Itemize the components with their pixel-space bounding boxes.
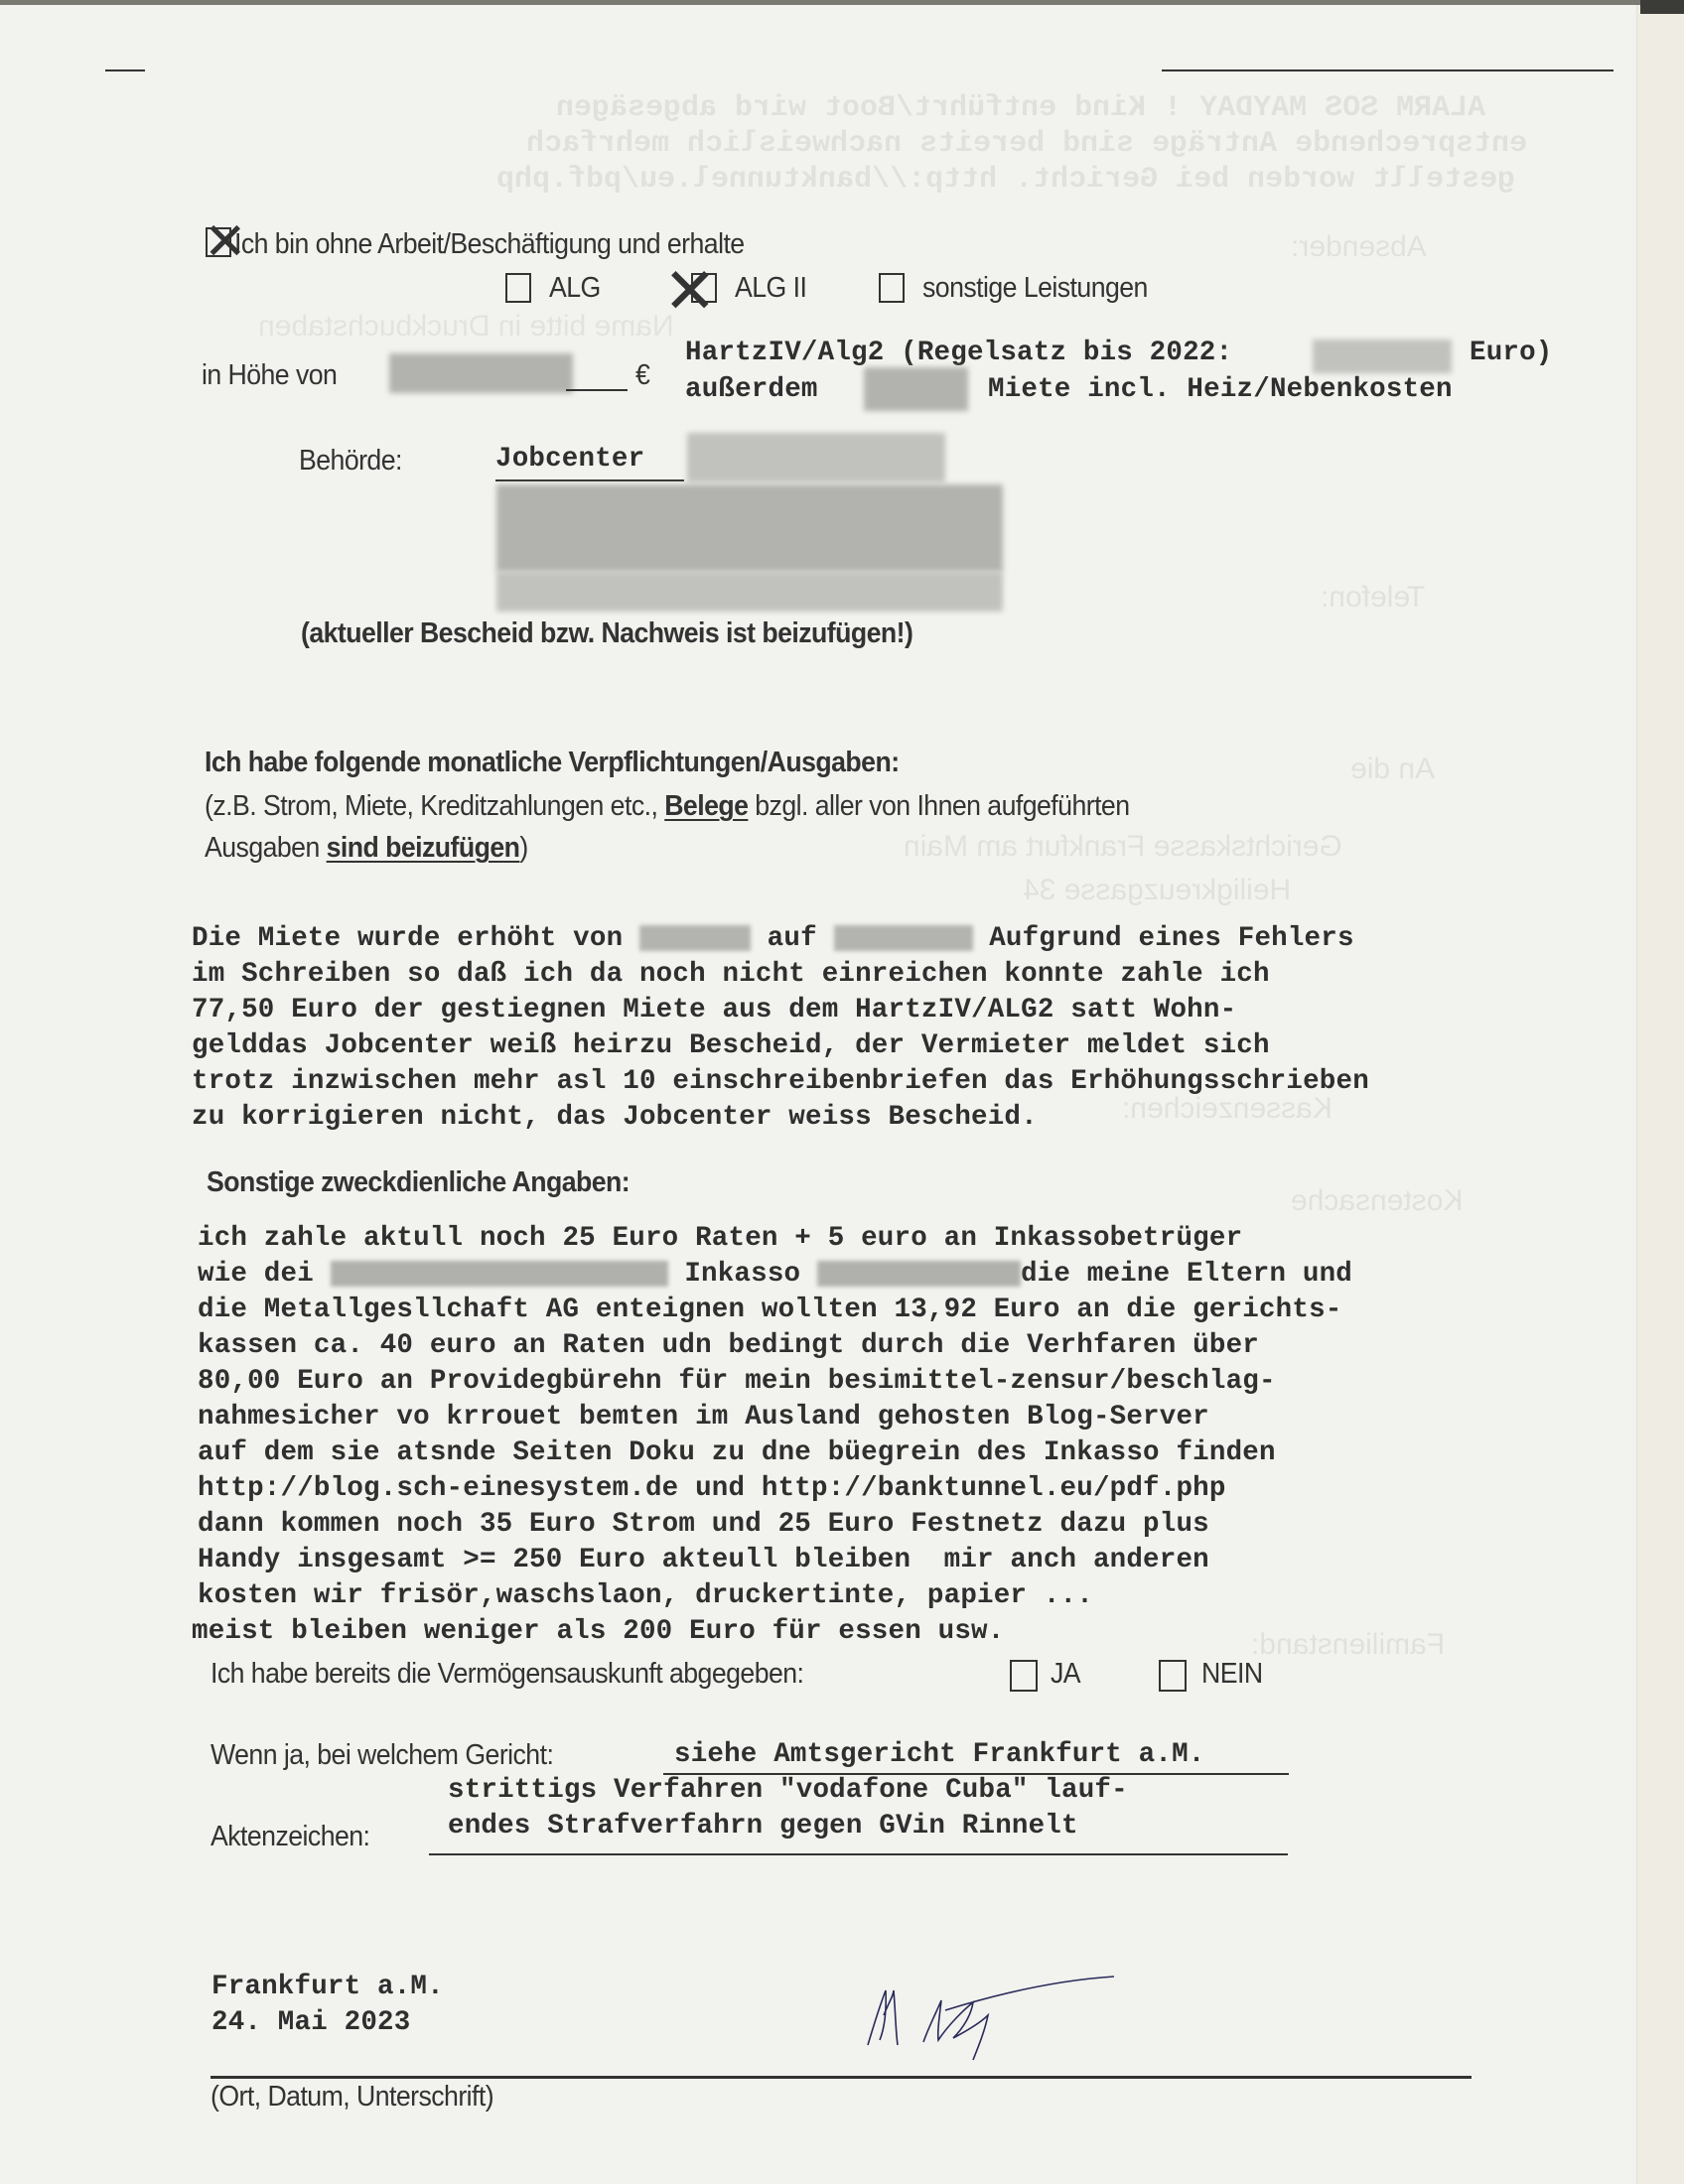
other-info-line: dann kommen noch 35 Euro Strom und 25 Eu… (198, 1509, 1209, 1540)
other-info-line: ich zahle aktull noch 25 Euro Raten + 5 … (198, 1223, 1242, 1254)
checkbox-nein[interactable] (1159, 1660, 1187, 1692)
signature-place: Frankfurt a.M. (211, 1972, 444, 2002)
amount-note-line1-suffix: Euro) (1470, 338, 1553, 368)
authority-name: Jobcenter (495, 444, 644, 475)
redacted-company (817, 1261, 1021, 1287)
text-fragment: wie dei (198, 1259, 314, 1290)
bleed-line: Telefon: (1321, 581, 1425, 614)
signature-caption: (Ort, Datum, Unterschrift) (210, 2081, 493, 2114)
text-fragment: Die Miete wurde erhöht von (192, 923, 639, 954)
checkbox-sonstige[interactable] (879, 273, 905, 303)
option-alg-label: ALG (549, 272, 601, 305)
court-value: siehe Amtsgericht Frankfurt a.M. (674, 1739, 1205, 1770)
handwritten-signature (854, 1971, 1231, 2080)
text-fragment: auf (751, 923, 834, 954)
obligations-heading: Ich habe folgende monatliche Verpflichtu… (205, 747, 900, 779)
hint-text: (z.B. Strom, Miete, Kreditzahlungen etc.… (205, 790, 664, 822)
authority-label: Behörde: (299, 445, 402, 478)
text-fragment: die meine Eltern und (1021, 1259, 1352, 1290)
option-ja-label: JA (1051, 1658, 1080, 1691)
obligations-text-line: zu korrigieren nicht, das Jobcenter weis… (192, 1102, 1038, 1133)
hint-text: bzgl. aller von Ihnen aufgeführten (748, 790, 1129, 822)
other-info-line: die Metallgesllchaft AG enteignen wollte… (198, 1295, 1342, 1325)
currency-symbol: € (635, 359, 649, 392)
other-info-line: wie dei Inkasso die meine Eltern und (198, 1259, 1352, 1290)
signature-date: 24. Mai 2023 (211, 2007, 410, 2038)
redacted-authority-name (687, 433, 945, 482)
obligations-text-line: im Schreiben so daß ich da noch nicht ei… (192, 959, 1270, 990)
obligations-hint-line2: Ausgaben sind beizufügen) (205, 832, 528, 865)
bleed-line: gestellt worden bei Gericht. http://bank… (496, 163, 1515, 197)
case-number-line2: endes Strafverfahrn gegen GVin Rinnelt (448, 1811, 1078, 1842)
bleed-line: Familienstand: (1251, 1628, 1445, 1662)
hint-text: ) (519, 832, 527, 864)
amount-label: in Höhe von (202, 359, 337, 392)
other-info-line: meist bleiben weniger als 200 Euro für e… (192, 1616, 1004, 1647)
redacted-regelsatz (1313, 340, 1452, 373)
obligations-text-line: gelddas Jobcenter weiß heirzu Bescheid, … (192, 1030, 1270, 1061)
option-sonstige-label: sonstige Leistungen (922, 272, 1148, 305)
case-number-line1: strittigs Verfahren "vodafone Cuba" lauf… (448, 1775, 1128, 1806)
other-info-line: kosten wir frisör,waschslaon, druckertin… (198, 1580, 1093, 1611)
court-label: Wenn ja, bei welchem Gericht: (210, 1739, 553, 1772)
hint-text: Ausgaben (205, 832, 327, 864)
rule-left (105, 69, 145, 71)
rule-right (1162, 69, 1614, 71)
obligations-text-line: trotz inzwischen mehr asl 10 einschreibe… (192, 1066, 1369, 1097)
amount-underline (566, 389, 628, 391)
other-info-line: http://blog.sch-einesystem.de und http:/… (198, 1473, 1226, 1504)
redacted-company (331, 1261, 668, 1287)
obligations-hint: (z.B. Strom, Miete, Kreditzahlungen etc.… (205, 790, 1130, 823)
bleed-line: entsprechende Anträge sind bereits nachw… (526, 127, 1527, 161)
obligations-text-line: Die Miete wurde erhöht von auf Aufgrund … (192, 923, 1354, 954)
redacted-authority-address (496, 572, 1003, 612)
redacted-rent (864, 367, 968, 411)
paper-edge (1636, 0, 1684, 2184)
bleed-line: Name bitte in Druckbuchstaben (258, 310, 674, 343)
other-info-line: nahmesicher vo krrouet bemten im Ausland… (198, 1402, 1209, 1433)
obligations-text-line: 77,50 Euro der gestiegnen Miete aus dem … (192, 995, 1236, 1025)
hint-belege: Belege (664, 790, 748, 822)
redacted-amount (389, 353, 573, 393)
bleed-line: Absender: (1291, 230, 1427, 264)
option-nein-label: NEIN (1201, 1658, 1263, 1691)
bleed-line: Kassenzeichen: (1122, 1092, 1333, 1126)
proof-note: (aktueller Bescheid bzw. Nachweis ist be… (301, 617, 912, 650)
checkbox-ja[interactable] (1010, 1660, 1038, 1692)
other-info-line: kassen ca. 40 euro an Raten udn bedingt … (198, 1330, 1259, 1361)
checkbox-alg[interactable] (505, 273, 531, 303)
redacted-authority-address (496, 484, 1003, 572)
amount-note-line2-suffix: Miete incl. Heiz/Nebenkosten (988, 374, 1453, 405)
other-info-line: auf dem sie atsnde Seiten Doku zu dne bü… (198, 1437, 1276, 1468)
signature-line (210, 2076, 1472, 2079)
case-number-underline (429, 1853, 1288, 1855)
scan-corner (1640, 0, 1684, 14)
amount-note-line1-prefix: HartzIV/Alg2 (Regelsatz bis 2022: (685, 338, 1232, 368)
scan-top-border (0, 0, 1684, 5)
redacted-new-rent (834, 925, 973, 951)
bleed-line: Heiligkreuzgasse 34 (1023, 874, 1291, 907)
bleed-line: Kostensache (1291, 1184, 1463, 1218)
amount-note-line2-prefix: außerdem (685, 374, 818, 405)
x-check-mark-icon: ✕ (663, 260, 717, 324)
hint-sind-beizufuegen: sind beizufügen (327, 832, 520, 864)
bleed-line: An die (1350, 752, 1435, 786)
text-fragment: Inkasso (684, 1259, 800, 1290)
bleed-line: Gerichtskasse Frankfurt am Main (904, 830, 1342, 864)
bleed-line: ALARM SOS MAYDAY ! Kind entführt/Boot wi… (556, 91, 1485, 125)
authority-underline (495, 479, 684, 481)
other-info-heading: Sonstige zweckdienliche Angaben: (207, 1166, 630, 1199)
text-fragment: Aufgrund eines Fehlers (973, 923, 1354, 954)
asset-disclosure-question: Ich habe bereits die Vermögensauskunft a… (210, 1658, 803, 1691)
case-number-label: Aktenzeichen: (210, 1821, 369, 1853)
other-info-line: 80,00 Euro an Providegbürehn für mein be… (198, 1366, 1276, 1397)
option-alg2-label: ALG II (735, 272, 806, 305)
redacted-old-rent (639, 925, 751, 951)
other-info-line: Handy insgesamt >= 250 Euro akteull blei… (198, 1545, 1209, 1575)
